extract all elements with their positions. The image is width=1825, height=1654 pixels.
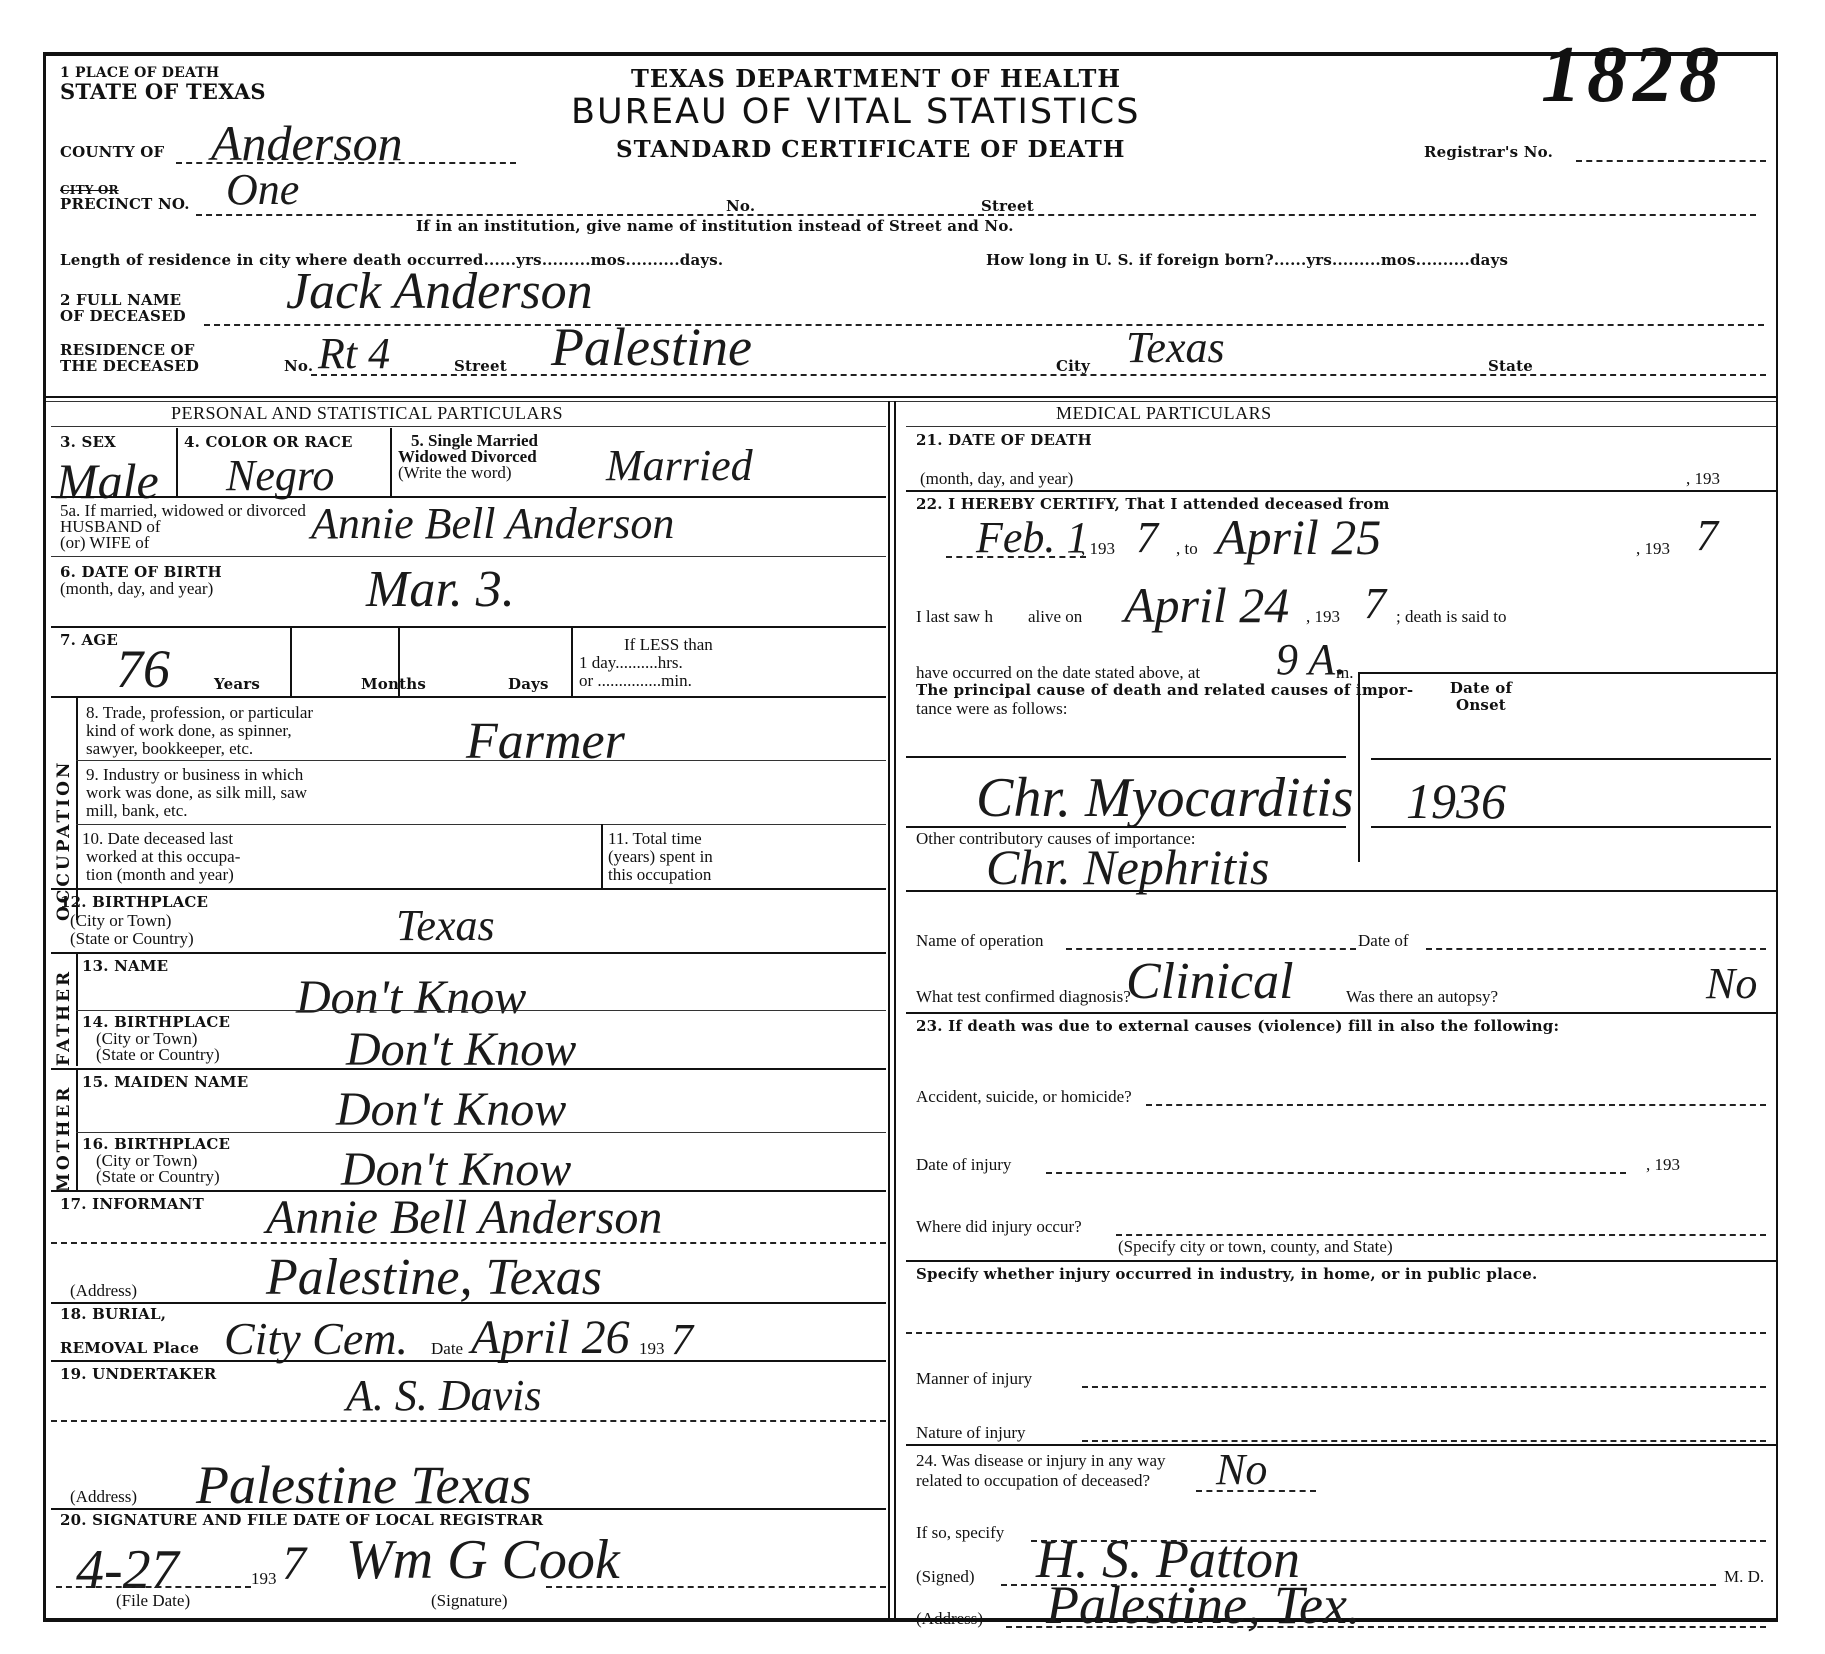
- father-birthplace-value: Don't Know: [346, 1026, 576, 1074]
- birthplace-value: Texas: [396, 904, 495, 948]
- father-birthplace-label-3: (State or Country): [96, 1046, 220, 1064]
- operation-date-label: Date of: [1358, 932, 1409, 950]
- file-year-prefix: 193: [251, 1570, 277, 1588]
- divider: [1371, 826, 1771, 828]
- cell-divider: [76, 698, 78, 920]
- sex-label: 3. SEX: [60, 434, 116, 451]
- divider: [906, 1260, 1776, 1262]
- full-name-line: [204, 324, 1764, 326]
- divider: [906, 426, 1776, 427]
- precinct-street-label: Street: [981, 198, 1034, 215]
- cell-divider: [290, 628, 292, 696]
- occupation-related-label-1: 24. Was disease or injury in any way: [916, 1452, 1166, 1470]
- injury-place-label: Specify whether injury occurred in indus…: [916, 1266, 1537, 1283]
- bureau-title: BUREAU OF VITAL STATISTICS: [571, 92, 1140, 132]
- industry-label-3: mill, bank, etc.: [86, 802, 188, 820]
- burial-date-value: April 26: [471, 1314, 630, 1362]
- divider: [46, 396, 1776, 398]
- dob-value: Mar. 3.: [366, 564, 515, 616]
- race-label: 4. COLOR OR RACE: [184, 434, 353, 451]
- contributory-cause-value: Chr. Nephritis: [986, 842, 1269, 892]
- residence-city-value: Texas: [1126, 326, 1225, 370]
- cell-divider: [390, 428, 392, 496]
- attended-from-value: Feb. 1: [976, 516, 1088, 560]
- informant-line: [51, 1242, 886, 1244]
- onset-label: Date of Onset: [1426, 680, 1536, 713]
- divider: [76, 1132, 886, 1133]
- date-of-death-sub: (month, day, and year): [920, 470, 1073, 488]
- file-date-value: 4-27: [76, 1542, 179, 1598]
- principal-cause-value: Chr. Myocarditis: [976, 770, 1353, 826]
- injury-where-sub: (Specify city or town, county, and State…: [1118, 1238, 1393, 1256]
- death-certificate: 1 PLACE OF DEATH STATE OF TEXAS COUNTY O…: [43, 52, 1778, 1622]
- file-date-line: [56, 1586, 251, 1588]
- birthplace-label-3: (State or Country): [70, 930, 194, 948]
- nature-label: Nature of injury: [916, 1424, 1026, 1442]
- less-than-label-3: or ...............min.: [579, 672, 692, 690]
- injury-year-prefix: , 193: [1646, 1156, 1680, 1174]
- divider: [51, 888, 886, 890]
- nature-line: [1082, 1440, 1766, 1442]
- cause-intro-1: The principal cause of death and related…: [916, 682, 1413, 699]
- age-value: 76: [116, 642, 170, 696]
- cell-divider: [571, 628, 573, 696]
- registrar-no-line: [1576, 160, 1766, 162]
- operation-date-line: [1426, 948, 1766, 950]
- file-year-value: 7: [282, 1540, 306, 1588]
- divider: [76, 1010, 886, 1011]
- spouse-value: Annie Bell Anderson: [311, 502, 674, 546]
- birthplace-label-2: (City or Town): [70, 912, 171, 930]
- test-value: Clinical: [1126, 956, 1294, 1008]
- informant-label: 17. INFORMANT: [60, 1196, 204, 1213]
- less-than-label-2: 1 day..........hrs.: [579, 654, 683, 672]
- divider: [51, 952, 886, 954]
- signature-line: [546, 1586, 886, 1588]
- divider: [51, 696, 886, 698]
- divider: [76, 824, 886, 825]
- medical-section-title: MEDICAL PARTICULARS: [1056, 404, 1272, 423]
- last-saw-year: 7: [1364, 582, 1386, 626]
- to-label: , to: [1176, 540, 1198, 558]
- occupation-related-line: [1196, 1490, 1316, 1492]
- last-worked-label-2: worked at this occupa-: [86, 848, 240, 866]
- undertaker-address-value: Palestine Texas: [196, 1458, 531, 1512]
- cell-divider: [398, 628, 400, 696]
- mother-birthplace-value: Don't Know: [341, 1146, 571, 1194]
- attended-from-year-prefix: , 193: [1081, 540, 1115, 558]
- autopsy-label: Was there an autopsy?: [1346, 988, 1498, 1006]
- last-saw-year-prefix: , 193: [1306, 608, 1340, 626]
- date-of-death-label: 21. DATE OF DEATH: [916, 432, 1092, 449]
- trade-label-2: kind of work done, as spinner,: [86, 722, 292, 740]
- test-label: What test confirmed diagnosis?: [916, 988, 1131, 1006]
- race-value: Negro: [226, 454, 334, 498]
- burial-year-value: 7: [671, 1318, 693, 1362]
- informant-value: Annie Bell Anderson: [266, 1194, 662, 1242]
- total-time-label-3: this occupation: [608, 866, 711, 884]
- occurred-label: have occurred on the date stated above, …: [916, 664, 1200, 682]
- dept-title: TEXAS DEPARTMENT OF HEALTH: [631, 64, 1121, 93]
- burial-label: 18. BURIAL,: [60, 1306, 166, 1323]
- total-time-label-1: 11. Total time: [608, 830, 702, 848]
- precinct-no-label: No.: [726, 198, 755, 215]
- column-divider: [894, 401, 896, 1621]
- file-number: 1828: [1541, 30, 1725, 121]
- operation-label: Name of operation: [916, 932, 1043, 950]
- divider: [51, 1508, 886, 1510]
- operation-line: [1066, 948, 1356, 950]
- divider: [51, 1068, 886, 1070]
- cell-divider: [176, 428, 178, 496]
- attended-from-line: [946, 556, 1086, 558]
- registrar-signature: Wm G Cook: [346, 1532, 620, 1588]
- dob-label-2: (month, day, and year): [60, 580, 213, 598]
- industry-label-2: work was done, as silk mill, saw: [86, 784, 307, 802]
- mother-birthplace-label-3: (State or Country): [96, 1168, 220, 1186]
- autopsy-value: No: [1706, 962, 1757, 1006]
- undertaker-line: [51, 1420, 886, 1422]
- onset-value: 1936: [1406, 776, 1506, 826]
- divider: [906, 490, 1776, 492]
- personal-section-title: PERSONAL AND STATISTICAL PARTICULARS: [171, 404, 563, 423]
- accident-label: Accident, suicide, or homicide?: [916, 1088, 1132, 1106]
- time-suffix: m.: [1336, 664, 1353, 682]
- residence-line: [311, 374, 1766, 376]
- age-label: 7. AGE: [60, 632, 118, 649]
- attended-to-value: April 25: [1216, 512, 1381, 562]
- full-name-value: Jack Anderson: [286, 266, 593, 318]
- total-time-label-2: (years) spent in: [608, 848, 713, 866]
- divider: [1358, 672, 1776, 674]
- precinct-line: [196, 214, 1756, 216]
- residence-city-label: City: [1056, 358, 1090, 375]
- state-label: STATE OF TEXAS: [60, 80, 266, 103]
- divider: [906, 756, 1346, 758]
- date-of-death-year-prefix: , 193: [1686, 470, 1720, 488]
- undertaker-label: 19. UNDERTAKER: [60, 1366, 216, 1383]
- physician-address-value: Palestine, Tex.: [1046, 1578, 1360, 1632]
- physician-address-line: [1006, 1626, 1766, 1628]
- divider: [51, 556, 886, 557]
- divider: [51, 426, 886, 427]
- divider: [46, 401, 1776, 402]
- divider: [906, 1012, 1776, 1014]
- physician-address-label: (Address): [916, 1610, 983, 1628]
- informant-address-label: (Address): [70, 1282, 137, 1300]
- father-side-label: FATHER: [54, 956, 74, 1066]
- cause-intro-2: tance were as follows:: [916, 700, 1068, 718]
- full-name-label-2: OF DECEASED: [60, 308, 186, 325]
- county-value: Anderson: [211, 118, 403, 168]
- last-saw-label-2: alive on: [1028, 608, 1082, 626]
- spouse-label-3: (or) WIFE of: [60, 534, 149, 552]
- marital-label-3: (Write the word): [398, 464, 512, 482]
- industry-label-1: 9. Industry or business in which: [86, 766, 303, 784]
- attended-from-year: 7: [1136, 516, 1158, 560]
- burial-date-label: Date: [431, 1340, 463, 1358]
- informant-address-value: Palestine, Texas: [266, 1252, 602, 1304]
- burial-place-value: City Cem.: [224, 1316, 408, 1362]
- precinct-label: PRECINCT NO.: [60, 196, 190, 213]
- injury-place-line: [906, 1332, 1766, 1334]
- precinct-value: One: [226, 168, 299, 212]
- marital-value: Married: [606, 444, 753, 488]
- trade-label-1: 8. Trade, profession, or particular: [86, 704, 313, 722]
- mother-name-value: Don't Know: [336, 1086, 566, 1134]
- undertaker-value: A. S. Davis: [346, 1374, 542, 1418]
- father-name-label: 13. NAME: [82, 958, 168, 975]
- certificate-title: STANDARD CERTIFICATE OF DEATH: [616, 136, 1126, 163]
- sex-value: Male: [56, 456, 159, 506]
- injury-where-line: [1116, 1234, 1766, 1236]
- father-name-value: Don't Know: [296, 974, 526, 1022]
- injury-where-label: Where did injury occur?: [916, 1218, 1082, 1236]
- burial-year-prefix: 193: [639, 1340, 665, 1358]
- last-worked-label-1: 10. Date deceased last: [82, 830, 233, 848]
- divider: [51, 1360, 886, 1362]
- days-label: Days: [508, 676, 549, 693]
- cell-divider: [601, 824, 603, 888]
- county-label: COUNTY OF: [60, 144, 164, 161]
- trade-label-3: sawyer, bookkeeper, etc.: [86, 740, 253, 758]
- divider: [51, 626, 886, 628]
- onset-divider: [1358, 672, 1360, 862]
- months-label: Months: [361, 676, 426, 693]
- last-saw-label: I last saw h: [916, 608, 993, 626]
- cell-divider: [76, 1070, 78, 1190]
- registrar-label: 20. SIGNATURE AND FILE DATE OF LOCAL REG…: [60, 1512, 543, 1529]
- residence-street-label: Street: [454, 358, 507, 375]
- signed-label: (Signed): [916, 1568, 975, 1586]
- attended-to-year: 7: [1696, 514, 1718, 558]
- years-label: Years: [214, 676, 260, 693]
- last-worked-label-3: tion (month and year): [86, 866, 234, 884]
- divider: [51, 1302, 886, 1304]
- less-than-label-1: If LESS than: [624, 636, 713, 654]
- divider: [51, 496, 886, 498]
- if-so-label: If so, specify: [916, 1524, 1004, 1542]
- manner-line: [1082, 1386, 1766, 1388]
- residence-no-label: No.: [284, 358, 313, 375]
- injury-date-label: Date of injury: [916, 1156, 1011, 1174]
- column-divider: [888, 401, 890, 1621]
- manner-label: Manner of injury: [916, 1370, 1032, 1388]
- last-saw-value: April 24: [1124, 580, 1289, 630]
- divider: [1371, 758, 1771, 760]
- occupation-related-value: No: [1216, 1448, 1267, 1492]
- accident-line: [1146, 1104, 1766, 1106]
- registrar-no-label: Registrar's No.: [1424, 144, 1553, 161]
- divider: [906, 1444, 1776, 1446]
- residence-label-2: THE DECEASED: [60, 358, 199, 375]
- removal-place-label: REMOVAL Place: [60, 1340, 199, 1357]
- foreign-born: How long in U. S. if foreign born?......…: [986, 252, 1508, 269]
- md-label: M. D.: [1724, 1568, 1764, 1586]
- injury-date-line: [1046, 1172, 1626, 1174]
- divider: [76, 760, 886, 761]
- residence-street-value: Palestine: [551, 320, 752, 374]
- divider: [906, 826, 1346, 828]
- residence-no-value: Rt 4: [318, 332, 390, 376]
- mother-name-label: 15. MAIDEN NAME: [82, 1074, 248, 1091]
- death-said-label: ; death is said to: [1396, 608, 1506, 626]
- mother-side-label: MOTHER: [54, 1072, 74, 1192]
- institution-note: If in an institution, give name of insti…: [416, 218, 1014, 235]
- birthplace-label-1: 12. BIRTHPLACE: [60, 894, 208, 911]
- attended-to-year-prefix: , 193: [1636, 540, 1670, 558]
- external-causes-label: 23. If death was due to external causes …: [916, 1018, 1559, 1035]
- file-date-caption: (File Date): [116, 1592, 190, 1610]
- divider: [906, 890, 1776, 892]
- occupation-related-label-2: related to occupation of deceased?: [916, 1472, 1150, 1490]
- signature-caption: (Signature): [431, 1592, 507, 1610]
- undertaker-address-label: (Address): [70, 1488, 137, 1506]
- residence-state-label: State: [1488, 358, 1533, 375]
